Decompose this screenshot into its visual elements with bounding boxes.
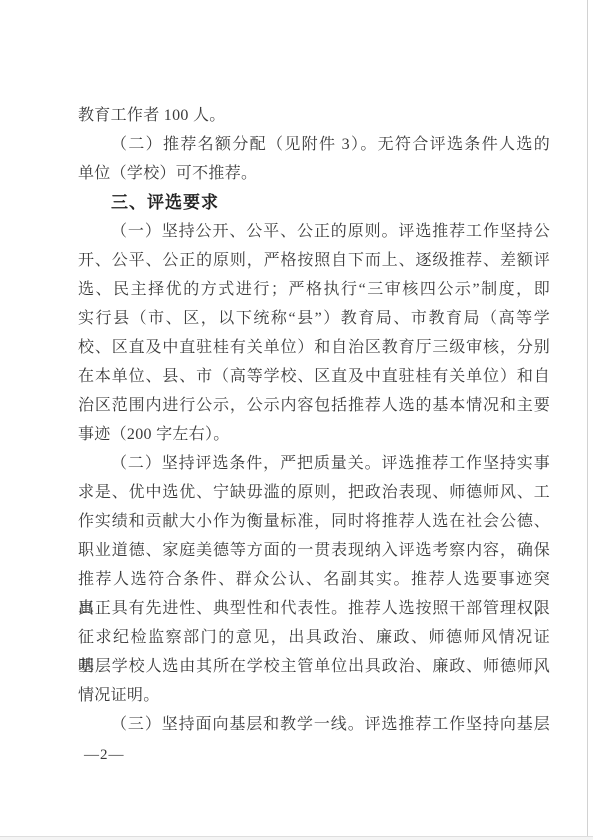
text-line: 治区范围内进行公示，公示内容包括推荐人选的基本情况和主要 <box>78 391 550 420</box>
text-line: 实行县（市、区，以下统称“县”）教育局、市教育局（高等学 <box>78 304 550 333</box>
text-line: 教育工作者 100 人。 <box>78 101 550 130</box>
text-line: 基层学校人选由其所在学校主管单位出具政治、廉政、师德师风 <box>78 652 550 681</box>
text-line: 推荐人选符合条件、群众公认、名副其实。推荐人选要事迹突出， <box>78 565 550 594</box>
text-line: （二）坚持评选条件，严把质量关。评选推荐工作坚持实事 <box>78 449 550 478</box>
text-line: 选、民主择优的方式进行；严格执行“三审核四公示”制度，即 <box>78 275 550 304</box>
scan-edge-right <box>587 0 588 837</box>
text-line: 作实绩和贡献大小作为衡量标准，同时将推荐人选在社会公德、 <box>78 507 550 536</box>
text-line: 在本单位、县、市（高等学校、区直及中直驻桂有关单位）和自 <box>78 362 550 391</box>
text-line: 真正具有先进性、典型性和代表性。推荐人选按照干部管理权限 <box>78 594 550 623</box>
text-line: （二）推荐名额分配（见附件 3）。无符合评选条件人选的 <box>78 130 550 159</box>
text-line: （一）坚持公开、公平、公正的原则。评选推荐工作坚持公 <box>78 217 550 246</box>
text-line: 征求纪检监察部门的意见，出具政治、廉政、师德师风情况证明， <box>78 623 550 652</box>
document-page: 教育工作者 100 人。（二）推荐名额分配（见附件 3）。无符合评选条件人选的单… <box>0 0 593 840</box>
page-number: —2— <box>84 747 125 764</box>
text-line: 职业道德、家庭美德等方面的一贯表现纳入评选考察内容，确保 <box>78 536 550 565</box>
text-line: （三）坚持面向基层和教学一线。评选推荐工作坚持向基层 <box>78 710 550 739</box>
text-line: 事迹（200 字左右）。 <box>78 420 550 449</box>
text-line: 校、区直及中直驻桂有关单位）和自治区教育厅三级审核，分别 <box>78 333 550 362</box>
text-line: 情况证明。 <box>78 681 550 710</box>
text-line: 开、公平、公正的原则，严格按照自下而上、逐级推荐、差额评 <box>78 246 550 275</box>
text-line: 单位（学校）可不推荐。 <box>78 159 550 188</box>
document-body: 教育工作者 100 人。（二）推荐名额分配（见附件 3）。无符合评选条件人选的单… <box>78 101 550 739</box>
text-line: 求是、优中选优、宁缺毋滥的原则，把政治表现、师德师风、工 <box>78 478 550 507</box>
section-heading: 三、评选要求 <box>78 188 550 217</box>
